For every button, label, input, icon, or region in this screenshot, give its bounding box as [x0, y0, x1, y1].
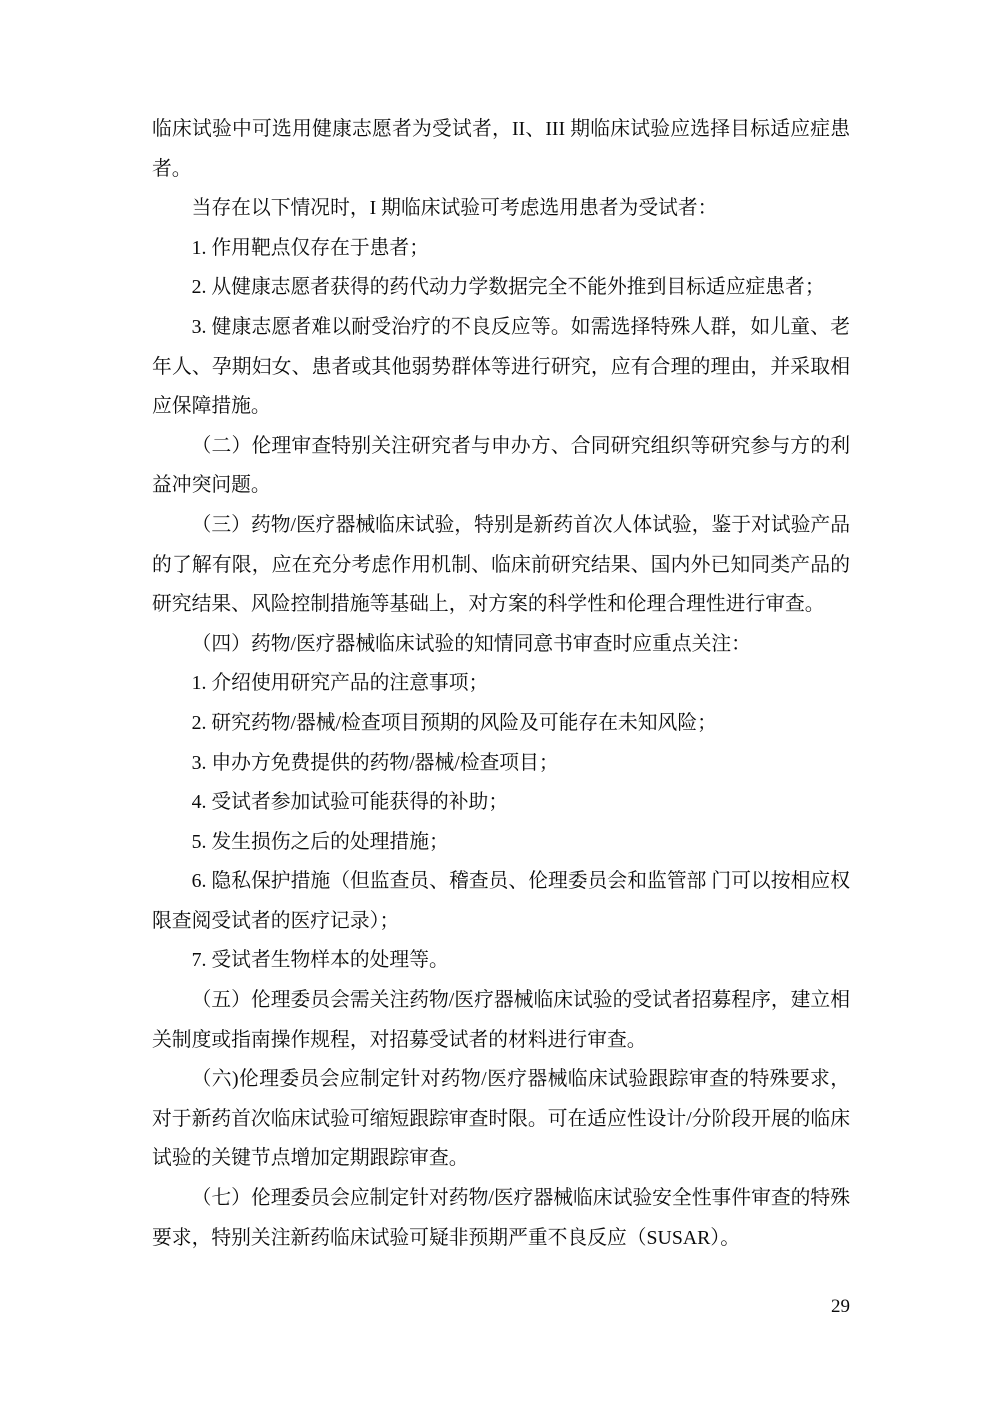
sublist-item-1: 1. 介绍使用研究产品的注意事项；	[152, 664, 850, 704]
sublist-item-4: 4. 受试者参加试验可能获得的补助；	[152, 783, 850, 823]
document-page: 临床试验中可选用健康志愿者为受试者，II、III 期临床试验应选择目标适应症患者…	[0, 0, 1000, 1413]
page-body-text: 临床试验中可选用健康志愿者为受试者，II、III 期临床试验应选择目标适应症患者…	[152, 110, 850, 1258]
list-item-3: 3. 健康志愿者难以耐受治疗的不良反应等。如需选择特殊人群，如儿童、老年人、孕期…	[152, 308, 850, 427]
section-item-3: （三）药物/医疗器械临床试验，特别是新药首次人体试验，鉴于对试验产品的了解有限，…	[152, 506, 850, 625]
section-item-5: （五）伦理委员会需关注药物/医疗器械临床试验的受试者招募程序，建立相关制度或指南…	[152, 981, 850, 1060]
sublist-item-6: 6. 隐私保护措施（但监查员、稽查员、伦理委员会和监管部 门可以按相应权限查阅受…	[152, 862, 850, 941]
sublist-item-2: 2. 研究药物/器械/检查项目预期的风险及可能存在未知风险；	[152, 704, 850, 744]
paragraph: 当存在以下情况时，I 期临床试验可考虑选用患者为受试者：	[152, 189, 850, 229]
paragraph-continuation: 临床试验中可选用健康志愿者为受试者，II、III 期临床试验应选择目标适应症患者…	[152, 110, 850, 189]
section-item-6: （六)伦理委员会应制定针对药物/医疗器械临床试验跟踪审查的特殊要求，对于新药首次…	[152, 1060, 850, 1179]
page-number: 29	[831, 1294, 850, 1320]
list-item-2: 2. 从健康志愿者获得的药代动力学数据完全不能外推到目标适应症患者；	[152, 268, 850, 308]
section-item-4: （四）药物/医疗器械临床试验的知情同意书审查时应重点关注：	[152, 625, 850, 665]
sublist-item-3: 3. 申办方免费提供的药物/器械/检查项目；	[152, 744, 850, 784]
sublist-item-5: 5. 发生损伤之后的处理措施；	[152, 823, 850, 863]
sublist-item-7: 7. 受试者生物样本的处理等。	[152, 941, 850, 981]
section-item-2: （二）伦理审查特别关注研究者与申办方、合同研究组织等研究参与方的利益冲突问题。	[152, 427, 850, 506]
list-item-1: 1. 作用靶点仅存在于患者；	[152, 229, 850, 269]
section-item-7: （七）伦理委员会应制定针对药物/医疗器械临床试验安全性事件审查的特殊要求，特别关…	[152, 1179, 850, 1258]
